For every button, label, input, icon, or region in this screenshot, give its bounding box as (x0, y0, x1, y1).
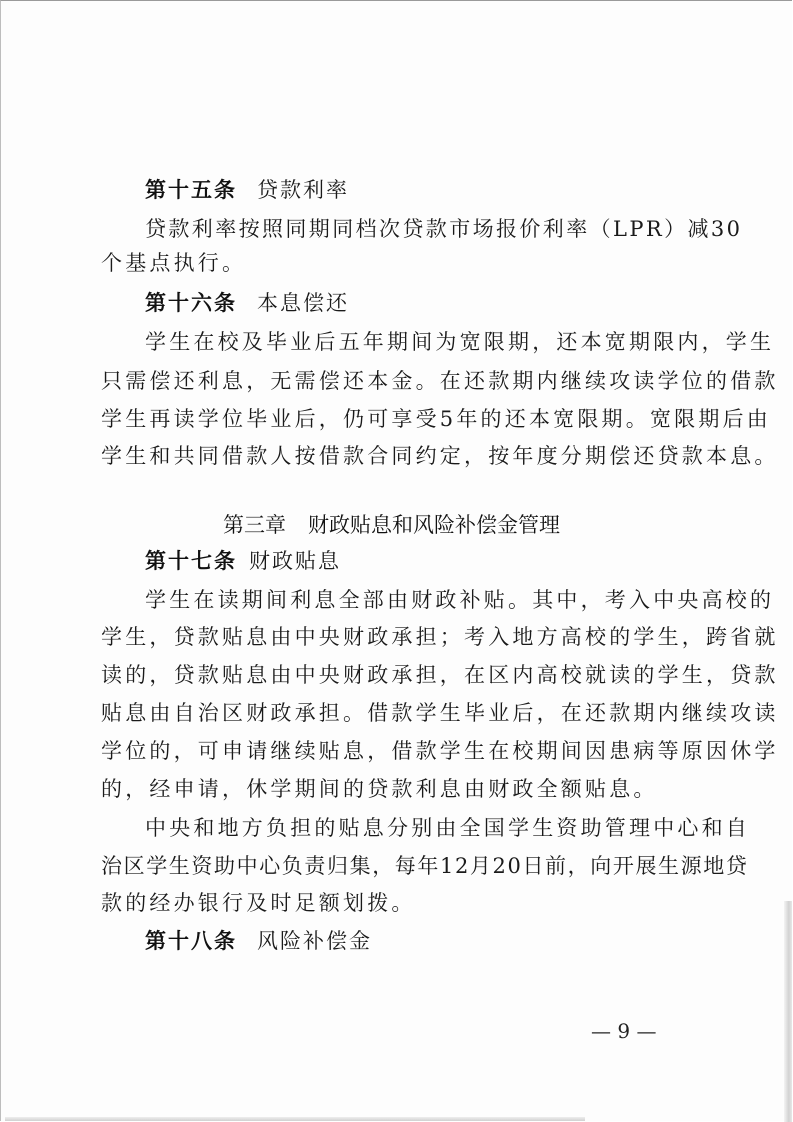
paragraph-line: 贷款利率按照同期同档次贷款市场报价利率（LPR）减30 (145, 216, 683, 242)
document-page: 第十五条贷款利率 贷款利率按照同期同档次贷款市场报价利率（LPR）减30 个基点… (0, 0, 792, 1121)
paragraph-line: 学位的，可申请继续贴息，借款学生在校期间因患病等原因休学 (101, 738, 683, 764)
article-title: 贷款利率 (257, 178, 349, 202)
article-18-heading: 第十八条风险补偿金 (145, 928, 372, 954)
page-number: — 9 — (591, 1018, 656, 1044)
paragraph-line: 学生和共同借款人按借款合同约定，按年度分期偿还贷款本息。 (101, 443, 683, 469)
chapter-title: 财政贴息和风险补偿金管理 (308, 513, 560, 537)
article-number: 第十六条 (145, 291, 237, 315)
article-number: 第十五条 (145, 178, 237, 202)
article-number: 第十七条 (145, 549, 237, 573)
article-16-heading: 第十六条本息偿还 (145, 290, 349, 316)
paragraph-line: 读的，贷款贴息由中央财政承担，在区内高校就读的学生，贷款 (101, 662, 683, 688)
paragraph-line: 治区学生资助中心负责归集，每年12月20日前，向开展生源地贷 (101, 853, 683, 879)
article-title: 本息偿还 (257, 291, 349, 315)
scan-edge-shadow (784, 901, 792, 1122)
paragraph-line: 学生在读期间利息全部由财政补贴。其中，考入中央高校的 (145, 587, 683, 613)
paragraph-line: 学生在校及毕业后五年期间为宽限期，还本宽期限内，学生 (145, 329, 683, 355)
article-17-heading: 第十七条财政贴息 (145, 548, 341, 574)
paragraph-line: 款的经办银行及时足额划拨。 (101, 890, 683, 916)
paragraph-line: 个基点执行。 (101, 250, 683, 276)
paragraph-line: 贴息由自治区财政承担。借款学生毕业后，在还款期内继续攻读 (101, 700, 683, 726)
article-title: 财政贴息 (249, 549, 341, 573)
chapter-heading: 第三章财政贴息和风险补偿金管理 (223, 512, 560, 538)
article-15-heading: 第十五条贷款利率 (145, 177, 349, 203)
paragraph-line: 只需偿还利息，无需偿还本金。在还款期内继续攻读学位的借款 (101, 368, 683, 394)
paragraph-line: 学生，贷款贴息由中央财政承担；考入地方高校的学生，跨省就 (101, 624, 683, 650)
article-number: 第十八条 (145, 929, 237, 953)
scan-edge-shadow (5, 1117, 585, 1121)
article-title: 风险补偿金 (257, 929, 372, 953)
chapter-number: 第三章 (223, 513, 286, 537)
paragraph-line: 学生再读学位毕业后，仍可享受5年的还本宽限期。宽限期后由 (101, 406, 683, 432)
paragraph-line: 中央和地方负担的贴息分别由全国学生资助管理中心和自 (145, 815, 683, 841)
paragraph-line: 的，经申请，休学期间的贷款利息由财政全额贴息。 (101, 776, 683, 802)
